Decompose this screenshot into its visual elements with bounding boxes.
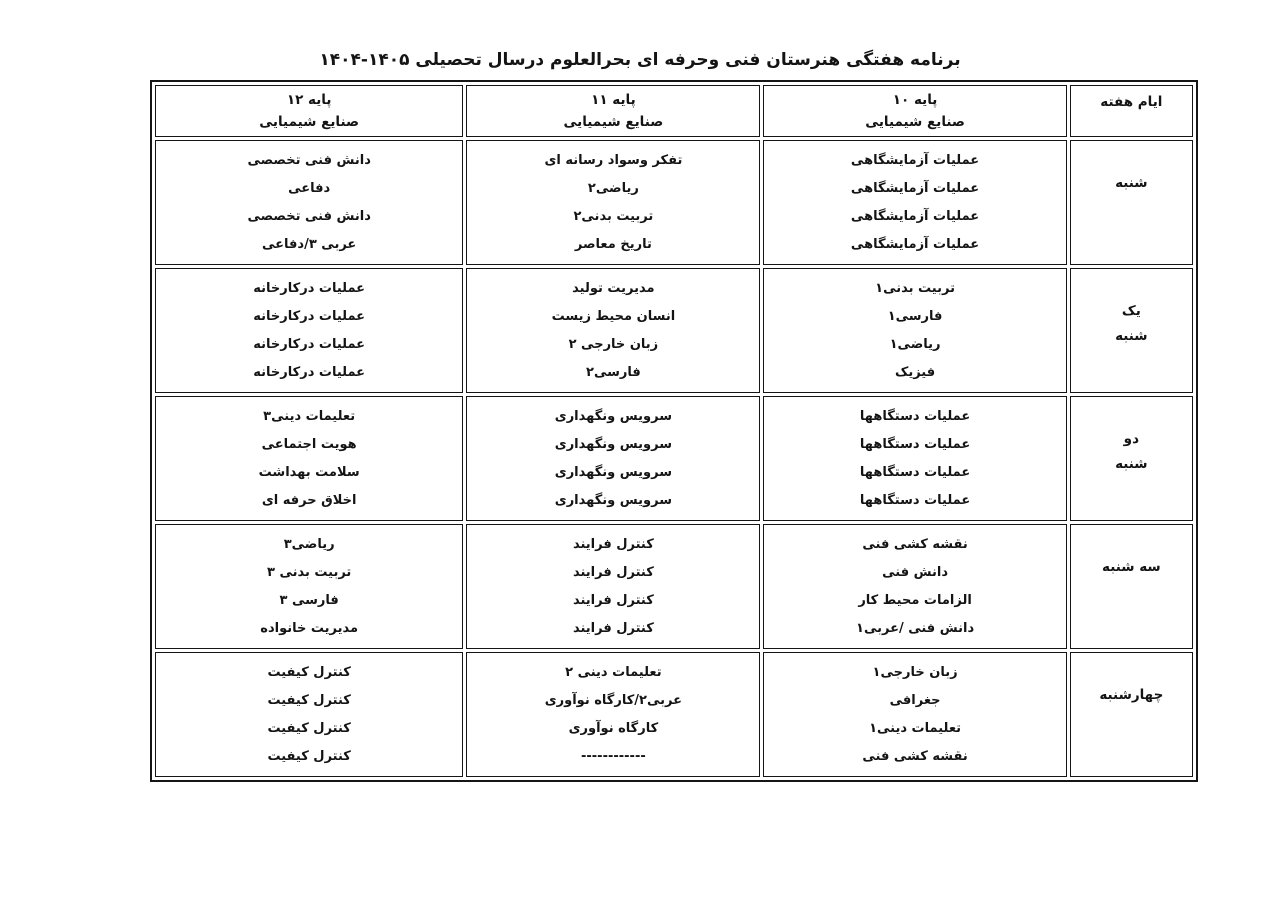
- subject-item: سرویس ونگهداری: [467, 493, 759, 508]
- schedule-table: ایام هفته پایه ۱۰ صنایع شیمیایی پایه ۱۱ …: [150, 80, 1198, 782]
- day-cell: چهارشنبه: [1070, 652, 1193, 777]
- grade-10-cell: عملیات دستگاهها عملیات دستگاهها عملیات د…: [763, 396, 1066, 521]
- grade-11-field-label: صنایع شیمیایی: [467, 114, 759, 130]
- subject-item: کنترل کیفیت: [156, 749, 462, 764]
- grade-10-label: پایه ۱۰: [764, 92, 1065, 108]
- subject-item: کنترل کیفیت: [156, 693, 462, 708]
- subject-item: عملیات درکارخانه: [156, 281, 462, 296]
- subject-item: کنترل کیفیت: [156, 721, 462, 736]
- subject-item: کنترل فرایند: [467, 593, 759, 608]
- day-label: سه شنبه: [1071, 555, 1192, 580]
- subject-item: هویت اجتماعی: [156, 437, 462, 452]
- subject-item: تعلیمات دینی۱: [764, 721, 1065, 736]
- subject-item: عملیات دستگاهها: [764, 409, 1065, 424]
- subject-item: کنترل فرایند: [467, 565, 759, 580]
- subject-item: نقشه کشی فنی: [764, 537, 1065, 552]
- grade-11-label: پایه ۱۱: [467, 92, 759, 108]
- grade-11-cell: مدیریت تولید انسان محیط زیست زبان خارجی …: [466, 268, 760, 393]
- table-row-saturday: شنبه عملیات آزمایشگاهی عملیات آزمایشگاهی…: [155, 140, 1193, 265]
- grade-11-cell: تعلیمات دینی ۲ عربی۲/کارگاه نوآوری کارگا…: [466, 652, 760, 777]
- subject-item: عربی ۳/دفاعی: [156, 237, 462, 252]
- grade-12-cell: کنترل کیفیت کنترل کیفیت کنترل کیفیت کنتر…: [155, 652, 463, 777]
- table-row-wednesday: چهارشنبه زبان خارجی۱ جغرافی تعلیمات دینی…: [155, 652, 1193, 777]
- table-header-row: ایام هفته پایه ۱۰ صنایع شیمیایی پایه ۱۱ …: [155, 85, 1193, 137]
- subject-item: عملیات دستگاهها: [764, 465, 1065, 480]
- subject-item: زبان خارجی۱: [764, 665, 1065, 680]
- subject-item: نقشه کشی فنی: [764, 749, 1065, 764]
- subject-item: فارسی ۳: [156, 593, 462, 608]
- subject-item: اخلاق حرفه ای: [156, 493, 462, 508]
- subject-item: دانش فنی /عربی۱: [764, 621, 1065, 636]
- grade-12-cell: عملیات درکارخانه عملیات درکارخانه عملیات…: [155, 268, 463, 393]
- subject-item: کنترل فرایند: [467, 621, 759, 636]
- subject-item: سلامت بهداشت: [156, 465, 462, 480]
- subject-item: تعلیمات دینی۳: [156, 409, 462, 424]
- subject-item: ------------: [467, 749, 759, 764]
- day-label: دو: [1071, 427, 1192, 452]
- subject-item: کنترل فرایند: [467, 537, 759, 552]
- page-title: برنامه هفتگی هنرستان فنی وحرفه ای بحرالع…: [0, 50, 1280, 70]
- grade-11-cell: تفکر وسواد رسانه ای ریاضی۲ تربیت بدنی۲ ت…: [466, 140, 760, 265]
- day-label: شنبه: [1071, 452, 1192, 477]
- grade-10-cell: زبان خارجی۱ جغرافی تعلیمات دینی۱ نقشه کش…: [763, 652, 1066, 777]
- table-row-tuesday: سه شنبه نقشه کشی فنی دانش فنی الزامات مح…: [155, 524, 1193, 649]
- subject-item: دانش فنی تخصصی: [156, 209, 462, 224]
- grade-12-cell: دانش فنی تخصصی دفاعی دانش فنی تخصصی عربی…: [155, 140, 463, 265]
- header-grade-11-cell: پایه ۱۱ صنایع شیمیایی: [466, 85, 760, 137]
- subject-item: عملیات آزمایشگاهی: [764, 209, 1065, 224]
- subject-item: کنترل کیفیت: [156, 665, 462, 680]
- subject-item: دفاعی: [156, 181, 462, 196]
- grade-12-cell: تعلیمات دینی۳ هویت اجتماعی سلامت بهداشت …: [155, 396, 463, 521]
- day-cell: یک شنبه: [1070, 268, 1193, 393]
- subject-item: دانش فنی: [764, 565, 1065, 580]
- day-cell: دو شنبه: [1070, 396, 1193, 521]
- table-row-monday: دو شنبه عملیات دستگاهها عملیات دستگاهها …: [155, 396, 1193, 521]
- subject-item: عملیات آزمایشگاهی: [764, 181, 1065, 196]
- subject-item: عملیات دستگاهها: [764, 437, 1065, 452]
- subject-item: تاریخ معاصر: [467, 237, 759, 252]
- subject-item: زبان خارجی ۲: [467, 337, 759, 352]
- subject-item: جغرافی: [764, 693, 1065, 708]
- subject-item: سرویس ونگهداری: [467, 409, 759, 424]
- subject-item: کارگاه نوآوری: [467, 721, 759, 736]
- subject-item: ریاضی۳: [156, 537, 462, 552]
- grade-12-cell: ریاضی۳ تربیت بدنی ۳ فارسی ۳ مدیریت خانوا…: [155, 524, 463, 649]
- grade-12-label: پایه ۱۲: [156, 92, 462, 108]
- subject-item: عملیات دستگاهها: [764, 493, 1065, 508]
- subject-item: عملیات آزمایشگاهی: [764, 237, 1065, 252]
- grade-10-cell: نقشه کشی فنی دانش فنی الزامات محیط کار د…: [763, 524, 1066, 649]
- subject-item: عملیات درکارخانه: [156, 337, 462, 352]
- header-grade-12-cell: پایه ۱۲ صنایع شیمیایی: [155, 85, 463, 137]
- subject-item: سرویس ونگهداری: [467, 465, 759, 480]
- day-label: شنبه: [1071, 324, 1192, 349]
- subject-item: فیزیک: [764, 365, 1065, 380]
- day-cell: سه شنبه: [1070, 524, 1193, 649]
- subject-item: انسان محیط زیست: [467, 309, 759, 324]
- subject-item: عملیات آزمایشگاهی: [764, 153, 1065, 168]
- table-row-sunday: یک شنبه تربیت بدنی۱ فارسی۱ ریاضی۱ فیزیک …: [155, 268, 1193, 393]
- header-days-label: ایام هفته: [1071, 86, 1192, 136]
- subject-item: تفکر وسواد رسانه ای: [467, 153, 759, 168]
- subject-item: عملیات درکارخانه: [156, 309, 462, 324]
- subject-item: ریاضی۱: [764, 337, 1065, 352]
- subject-item: تربیت بدنی۱: [764, 281, 1065, 296]
- grade-10-field-label: صنایع شیمیایی: [764, 114, 1065, 130]
- day-label: یک: [1071, 299, 1192, 324]
- grade-10-cell: عملیات آزمایشگاهی عملیات آزمایشگاهی عملی…: [763, 140, 1066, 265]
- subject-item: عملیات درکارخانه: [156, 365, 462, 380]
- schedule-page: برنامه هفتگی هنرستان فنی وحرفه ای بحرالع…: [0, 0, 1280, 905]
- subject-item: دانش فنی تخصصی: [156, 153, 462, 168]
- subject-item: تربیت بدنی۲: [467, 209, 759, 224]
- subject-item: سرویس ونگهداری: [467, 437, 759, 452]
- grade-11-cell: کنترل فرایند کنترل فرایند کنترل فرایند ک…: [466, 524, 760, 649]
- subject-item: فارسی۲: [467, 365, 759, 380]
- subject-item: تربیت بدنی ۳: [156, 565, 462, 580]
- subject-item: مدیریت خانواده: [156, 621, 462, 636]
- grade-11-cell: سرویس ونگهداری سرویس ونگهداری سرویس ونگه…: [466, 396, 760, 521]
- day-label: چهارشنبه: [1071, 683, 1192, 708]
- subject-item: الزامات محیط کار: [764, 593, 1065, 608]
- header-days-cell: ایام هفته: [1070, 85, 1193, 137]
- header-grade-10-cell: پایه ۱۰ صنایع شیمیایی: [763, 85, 1066, 137]
- day-label: شنبه: [1071, 171, 1192, 196]
- subject-item: فارسی۱: [764, 309, 1065, 324]
- subject-item: تعلیمات دینی ۲: [467, 665, 759, 680]
- subject-item: عربی۲/کارگاه نوآوری: [467, 693, 759, 708]
- grade-12-field-label: صنایع شیمیایی: [156, 114, 462, 130]
- subject-item: ریاضی۲: [467, 181, 759, 196]
- day-cell: شنبه: [1070, 140, 1193, 265]
- subject-item: مدیریت تولید: [467, 281, 759, 296]
- grade-10-cell: تربیت بدنی۱ فارسی۱ ریاضی۱ فیزیک: [763, 268, 1066, 393]
